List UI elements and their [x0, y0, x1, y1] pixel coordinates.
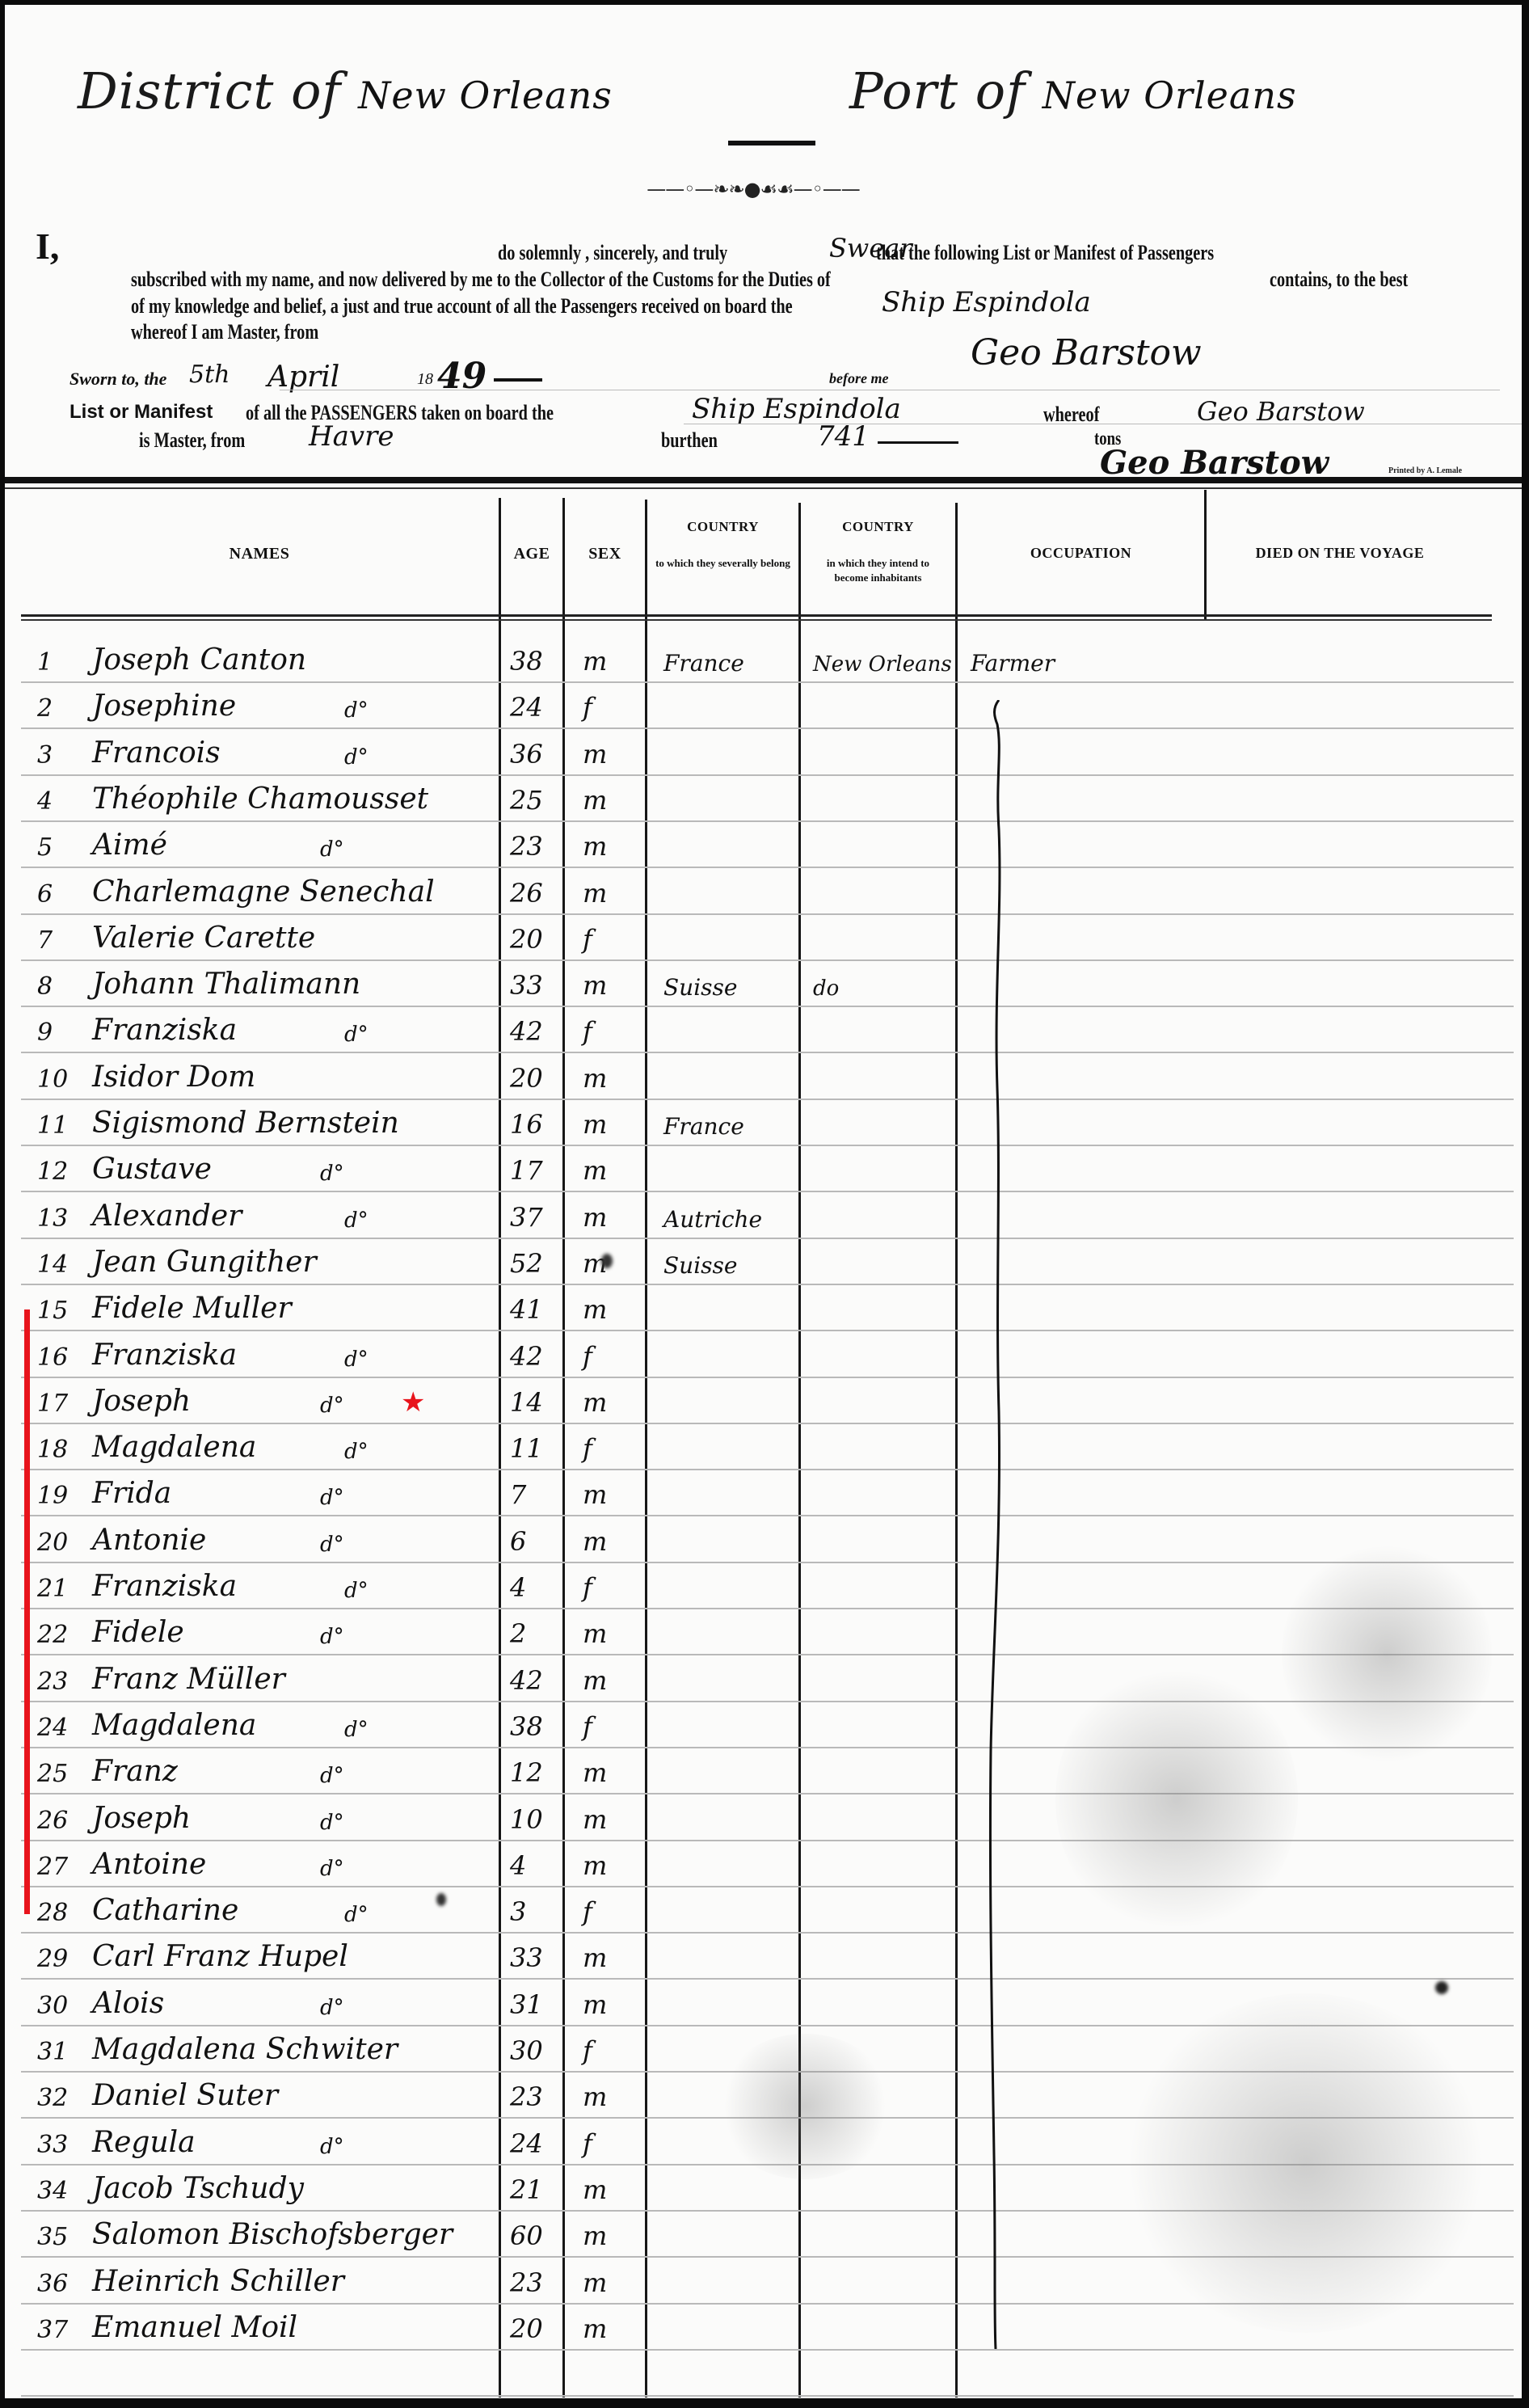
country-belong: France: [663, 650, 744, 677]
ornament-divider: ——◦—❧❧●☙☙—◦——: [592, 178, 915, 200]
passenger-name: Catharine: [92, 1894, 238, 1927]
passenger-name: Carl Franz Hupel: [92, 1940, 348, 1973]
table-row: 18Magdalena11fd°: [5, 1423, 1522, 1469]
ditto-mark: d°: [320, 2135, 344, 2159]
ditto-mark: d°: [320, 1162, 344, 1186]
passenger-name: Sigismond Bernstein: [92, 1107, 399, 1140]
row-number: 14: [37, 1250, 86, 1279]
header-thin-rule: [5, 487, 1522, 489]
row-number: 8: [37, 972, 86, 1001]
passenger-name: Antoine: [92, 1848, 206, 1881]
passenger-sex: f: [583, 1016, 639, 1047]
passenger-age: 3: [510, 1896, 567, 1927]
country-belong: Suisse: [663, 1252, 737, 1279]
row-number: 28: [37, 1899, 86, 1927]
country-belong: Suisse: [663, 974, 737, 1001]
district-value: New Orleans: [358, 74, 613, 117]
passenger-age: 12: [510, 1757, 567, 1788]
row-number: 32: [37, 2084, 86, 2112]
header-names: NAMES: [21, 545, 498, 563]
passenger-name: Franziska: [92, 1570, 237, 1603]
printer-credit: Printed by A. Lemale: [1388, 466, 1462, 475]
passenger-name: Alexander: [92, 1200, 242, 1233]
passenger-age: 42: [510, 1665, 567, 1696]
passenger-sex: m: [583, 1202, 639, 1233]
passenger-age: 33: [510, 1942, 567, 1973]
passenger-sex: m: [583, 739, 639, 770]
row-number: 4: [37, 787, 86, 816]
table-row: 16Franziska42fd°: [5, 1331, 1522, 1377]
passenger-name: Joseph Canton: [92, 643, 306, 677]
ditto-mark: d°: [320, 1996, 344, 2020]
collector-signature: Geo Barstow: [1100, 444, 1329, 482]
heading-separator: [728, 141, 815, 145]
header-country-inhabit: COUNTRY in which they intend to become i…: [801, 519, 955, 585]
port-label: Port of: [849, 61, 1026, 120]
oath-pronoun: I,: [36, 225, 59, 268]
row-number: 1: [37, 648, 86, 677]
row-number: 20: [37, 1529, 86, 1557]
passenger-sex: m: [583, 1757, 639, 1788]
passenger-name: Magdalena Schwiter: [92, 2033, 398, 2066]
row-number: 15: [37, 1297, 86, 1325]
ditto-mark: d°: [320, 1625, 344, 1649]
passenger-name: Fidele Muller: [92, 1292, 292, 1325]
passenger-sex: m: [583, 1942, 639, 1973]
row-number: 10: [37, 1065, 86, 1094]
passenger-sex: m: [583, 1479, 639, 1510]
sworn-line: Sworn to, the 5th April 18 49 before me: [69, 361, 1516, 393]
passenger-name: Francois: [92, 736, 221, 770]
passenger-sex: f: [583, 2035, 639, 2066]
row-number: 12: [37, 1158, 86, 1186]
passenger-name: Valerie Carette: [92, 921, 315, 955]
passenger-name: Heinrich Schiller: [92, 2265, 344, 2298]
table-row: 7Valerie Carette20f: [5, 913, 1522, 959]
row-number: 22: [37, 1621, 86, 1649]
row-number: 36: [37, 2270, 86, 2298]
sworn-rule: [280, 390, 1500, 390]
header-country-inhabit-title: COUNTRY: [801, 519, 955, 535]
passenger-sex: m: [583, 1526, 639, 1557]
passenger-name: Magdalena: [92, 1709, 256, 1742]
burthen-dash: [878, 441, 958, 444]
passenger-sex: m: [583, 1850, 639, 1881]
ditto-mark: d°: [344, 1023, 369, 1047]
passenger-sex: f: [583, 1433, 639, 1464]
passenger-age: 37: [510, 1202, 567, 1233]
header-sex: SEX: [565, 545, 645, 563]
row-number: 3: [37, 741, 86, 770]
port-heading: Port of New Orleans: [849, 61, 1297, 120]
passenger-age: 38: [510, 646, 567, 677]
ditto-mark: d°: [344, 698, 369, 723]
header-country-inhabit-sub: in which they intend to become inhabitan…: [801, 556, 955, 585]
passenger-age: 30: [510, 2035, 567, 2066]
ditto-mark: d°: [320, 1764, 344, 1788]
is-master-from-label: is Master, from: [139, 428, 245, 453]
ditto-mark: d°: [344, 745, 369, 770]
passenger-age: 6: [510, 1526, 567, 1557]
ditto-mark: d°: [344, 1440, 369, 1464]
passenger-age: 17: [510, 1155, 567, 1186]
row-number: 7: [37, 926, 86, 955]
header-country-belong: COUNTRY to which they severally belong: [647, 519, 798, 571]
district-label: District of: [78, 61, 341, 120]
passenger-age: 10: [510, 1804, 567, 1835]
passenger-age: 21: [510, 2174, 567, 2205]
manifest-label-bold: List or Manifest: [69, 401, 213, 424]
row-number: 35: [37, 2223, 86, 2251]
header-double-rule: [21, 614, 1492, 617]
manifest-rule: [684, 424, 1522, 424]
passenger-name: Jean Gungither: [92, 1246, 317, 1279]
highlight-bracket: [24, 1309, 30, 1914]
table-row: 12Gustave17md°: [5, 1145, 1522, 1191]
ditto-mark: d°: [344, 1347, 369, 1372]
passenger-sex: m: [583, 1294, 639, 1325]
passenger-age: 2: [510, 1618, 567, 1649]
passenger-sex: m: [583, 1804, 639, 1835]
sworn-day: 5th: [189, 361, 230, 389]
header-country-belong-sub: to which they severally belong: [647, 556, 798, 571]
passenger-name: Frida: [92, 1477, 171, 1510]
oath-line4: whereof I am Master, from: [131, 320, 318, 344]
passenger-age: 20: [510, 924, 567, 955]
row-rule-line: [21, 2395, 1514, 2397]
table-row: 11Sigismond Bernstein16mFrance: [5, 1099, 1522, 1145]
passenger-age: 23: [510, 831, 567, 862]
passenger-sex: m: [583, 1063, 639, 1094]
table-row: 28Catharine3fd°: [5, 1886, 1522, 1932]
manifest-page: District of New Orleans Port of New Orle…: [5, 5, 1522, 2398]
table-row: 13Alexander37mAutriched°: [5, 1191, 1522, 1238]
row-number: 30: [37, 1992, 86, 2020]
district-heading: District of New Orleans: [78, 61, 613, 120]
passenger-sex: f: [583, 2128, 639, 2159]
row-number: 34: [37, 2177, 86, 2205]
table-row: 3Francois36md°: [5, 728, 1522, 774]
passenger-name: Josephine: [92, 690, 236, 723]
ditto-mark: d°: [320, 1811, 344, 1835]
header-double-rule-2: [21, 619, 1492, 621]
passenger-age: 11: [510, 1433, 567, 1464]
before-me-label: before me: [829, 370, 888, 387]
header-thick-rule: [5, 477, 1522, 483]
row-rule-line: [21, 2349, 1514, 2351]
row-number: 37: [37, 2316, 86, 2344]
occupation-ditto-line-icon: [975, 700, 1023, 2349]
ink-blot: [601, 1254, 613, 1268]
table-row: 4Théophile Chamousset25m: [5, 774, 1522, 820]
oath-line2-b: contains, to the best: [1270, 268, 1408, 292]
passenger-name: Fidele: [92, 1616, 184, 1649]
passenger-age: 42: [510, 1341, 567, 1372]
ditto-mark: d°: [344, 1903, 369, 1927]
ditto-mark: d°: [344, 1718, 369, 1742]
passenger-age: 31: [510, 1989, 567, 2020]
row-number: 17: [37, 1390, 86, 1418]
passenger-sex: m: [583, 1109, 639, 1140]
row-number: 18: [37, 1436, 86, 1464]
row-number: 25: [37, 1760, 86, 1788]
passenger-sex: f: [583, 692, 639, 723]
passenger-sex: m: [583, 1387, 639, 1418]
passenger-sex: f: [583, 1341, 639, 1372]
passenger-name: Regula: [92, 2126, 196, 2159]
passenger-sex: m: [583, 2081, 639, 2112]
passenger-age: 60: [510, 2220, 567, 2251]
passenger-name: Franz Müller: [92, 1663, 285, 1696]
passenger-age: 23: [510, 2267, 567, 2298]
row-number: 26: [37, 1807, 86, 1835]
oath-line2-a: subscribed with my name, and now deliver…: [131, 268, 831, 292]
table-row: 15Fidele Muller41m: [5, 1284, 1522, 1330]
ditto-mark: d°: [320, 1394, 344, 1418]
passenger-sex: m: [583, 646, 639, 677]
ornament-icon: ——◦—❧❧●☙☙—◦——: [647, 178, 860, 200]
passenger-sex: m: [583, 1618, 639, 1649]
passenger-sex: f: [583, 924, 639, 955]
ink-blot: [436, 1893, 446, 1906]
passenger-sex: m: [583, 970, 639, 1001]
row-number: 19: [37, 1482, 86, 1510]
passenger-sex: m: [583, 2313, 639, 2344]
row-number: 13: [37, 1204, 86, 1233]
table-row: 14Jean Gungither52mSuisse: [5, 1238, 1522, 1284]
passenger-age: 24: [510, 692, 567, 723]
oath-line1-a: do solemnly , sincerely, and truly: [498, 241, 727, 265]
row-number: 21: [37, 1575, 86, 1603]
passenger-sex: m: [583, 878, 639, 909]
country-inhabit: do: [813, 976, 839, 1001]
passenger-name: Salomon Bischofsberger: [92, 2218, 453, 2251]
passenger-age: 26: [510, 878, 567, 909]
from-port-value: Havre: [309, 420, 394, 453]
ditto-mark: d°: [320, 1857, 344, 1881]
passenger-sex: m: [583, 831, 639, 862]
sworn-year-suffix: 49: [437, 356, 486, 397]
passenger-name: Gustave: [92, 1153, 212, 1186]
paper-stain: [1282, 1541, 1492, 1767]
row-number: 5: [37, 833, 86, 862]
table-row: 17Joseph14md°: [5, 1377, 1522, 1423]
sworn-month: April: [267, 361, 339, 394]
row-number: 23: [37, 1668, 86, 1696]
table-row: 8Johann Thalimann33mSuissedo: [5, 959, 1522, 1006]
passenger-sex: m: [583, 1989, 639, 2020]
passenger-sex: f: [583, 1572, 639, 1603]
passenger-name: Franziska: [92, 1014, 237, 1047]
table-row: 1Joseph Canton38mFranceNew OrleansFarmer: [5, 635, 1522, 681]
passenger-sex: m: [583, 1155, 639, 1186]
passenger-name: Johann Thalimann: [92, 968, 360, 1001]
burthen-value: 741: [817, 420, 870, 453]
occupation: Farmer: [971, 650, 1055, 677]
burthen-label: burthen: [661, 428, 718, 453]
passenger-name: Joseph: [92, 1385, 191, 1418]
sworn-year-prefix: 18: [417, 370, 433, 389]
passenger-sex: m: [583, 2220, 639, 2251]
passenger-age: 25: [510, 785, 567, 816]
manifest-label-rest: of all the PASSENGERS taken on board the: [246, 401, 554, 425]
country-inhabit: New Orleans: [813, 652, 952, 677]
table-row: 27Antoine4md°: [5, 1840, 1522, 1886]
ink-blot: [1435, 1981, 1448, 1994]
passenger-age: 52: [510, 1248, 567, 1279]
row-number: 2: [37, 694, 86, 723]
passenger-age: 23: [510, 2081, 567, 2112]
passenger-sex: f: [583, 1711, 639, 1742]
oath-line3: of my knowledge and belief, a just and t…: [131, 294, 793, 318]
table-row: 19Frida7md°: [5, 1469, 1522, 1515]
table-row: 9Franziska42fd°: [5, 1006, 1522, 1052]
passenger-name: Daniel Suter: [92, 2079, 278, 2112]
table-row: 5Aimé23md°: [5, 820, 1522, 867]
manifest-line: List or Manifest of all the PASSENGERS t…: [69, 393, 1516, 449]
passenger-name: Antonie: [92, 1524, 206, 1557]
row-number: 16: [37, 1343, 86, 1372]
passenger-age: 16: [510, 1109, 567, 1140]
passenger-name: Théophile Chamousset: [92, 782, 428, 816]
paper-stain: [716, 2034, 894, 2179]
passenger-name: Charlemagne Senechal: [92, 875, 435, 909]
row-number: 9: [37, 1018, 86, 1047]
row-number: 6: [37, 880, 86, 909]
ditto-mark: d°: [344, 1579, 369, 1603]
header-age: AGE: [501, 545, 562, 563]
row-number: 29: [37, 1945, 86, 1973]
header-occupation: OCCUPATION: [958, 545, 1204, 562]
row-number: 33: [37, 2131, 86, 2159]
ditto-mark: d°: [320, 837, 344, 862]
passenger-name: Jacob Tschudy: [92, 2172, 304, 2205]
table-row: 29Carl Franz Hupel33m: [5, 1932, 1522, 1978]
manifest-master-name: Geo Barstow: [1197, 396, 1365, 427]
ditto-mark: d°: [344, 1208, 369, 1233]
row-number: 27: [37, 1853, 86, 1881]
oath-line1-b: that the following List or Manifest of P…: [876, 241, 1214, 265]
passenger-age: 41: [510, 1294, 567, 1325]
passenger-age: 38: [510, 1711, 567, 1742]
paper-stain: [1120, 1993, 1492, 2333]
table-row: 10Isidor Dom20m: [5, 1052, 1522, 1099]
sworn-label: Sworn to, the: [69, 369, 166, 390]
passenger-sex: m: [583, 1665, 639, 1696]
passenger-name: Franziska: [92, 1339, 237, 1372]
passenger-sex: f: [583, 1896, 639, 1927]
passenger-age: 42: [510, 1016, 567, 1047]
ditto-mark: d°: [320, 1533, 344, 1557]
port-value: New Orleans: [1042, 74, 1297, 117]
passenger-age: 33: [510, 970, 567, 1001]
passenger-name: Isidor Dom: [92, 1061, 255, 1094]
passenger-name: Magdalena: [92, 1431, 256, 1464]
star-marker-icon: ★: [401, 1389, 425, 1416]
passenger-name: Emanuel Moil: [92, 2311, 297, 2344]
table-row: 2Josephine24fd°: [5, 681, 1522, 727]
passenger-age: 4: [510, 1572, 567, 1603]
passenger-age: 36: [510, 739, 567, 770]
passenger-age: 14: [510, 1387, 567, 1418]
header-country-belong-title: COUNTRY: [647, 519, 798, 535]
passenger-name: Alois: [92, 1987, 164, 2020]
table-row: 20Antonie6md°: [5, 1516, 1522, 1562]
passenger-sex: m: [583, 785, 639, 816]
country-belong: Autriche: [663, 1206, 762, 1233]
table-row: 6Charlemagne Senechal26m: [5, 867, 1522, 913]
ditto-mark: d°: [320, 1486, 344, 1510]
passenger-age: 20: [510, 2313, 567, 2344]
passenger-age: 20: [510, 1063, 567, 1094]
oath-vessel-value: Ship Espindola: [882, 286, 1091, 318]
passenger-sex: m: [583, 2267, 639, 2298]
row-number: 24: [37, 1714, 86, 1742]
passenger-name: Franz: [92, 1755, 178, 1788]
manifest-vessel: Ship Espindola: [692, 393, 901, 425]
sworn-dash: [494, 378, 542, 382]
header-died: DIED ON THE VOYAGE: [1207, 545, 1473, 562]
row-number: 31: [37, 2038, 86, 2066]
passenger-age: 7: [510, 1479, 567, 1510]
passenger-name: Joseph: [92, 1802, 191, 1835]
passenger-age: 4: [510, 1850, 567, 1881]
passenger-age: 24: [510, 2128, 567, 2159]
country-belong: France: [663, 1113, 744, 1140]
passenger-sex: m: [583, 2174, 639, 2205]
passenger-name: Aimé: [92, 829, 167, 862]
row-number: 11: [37, 1111, 86, 1140]
paper-stain: [1055, 1662, 1298, 1937]
